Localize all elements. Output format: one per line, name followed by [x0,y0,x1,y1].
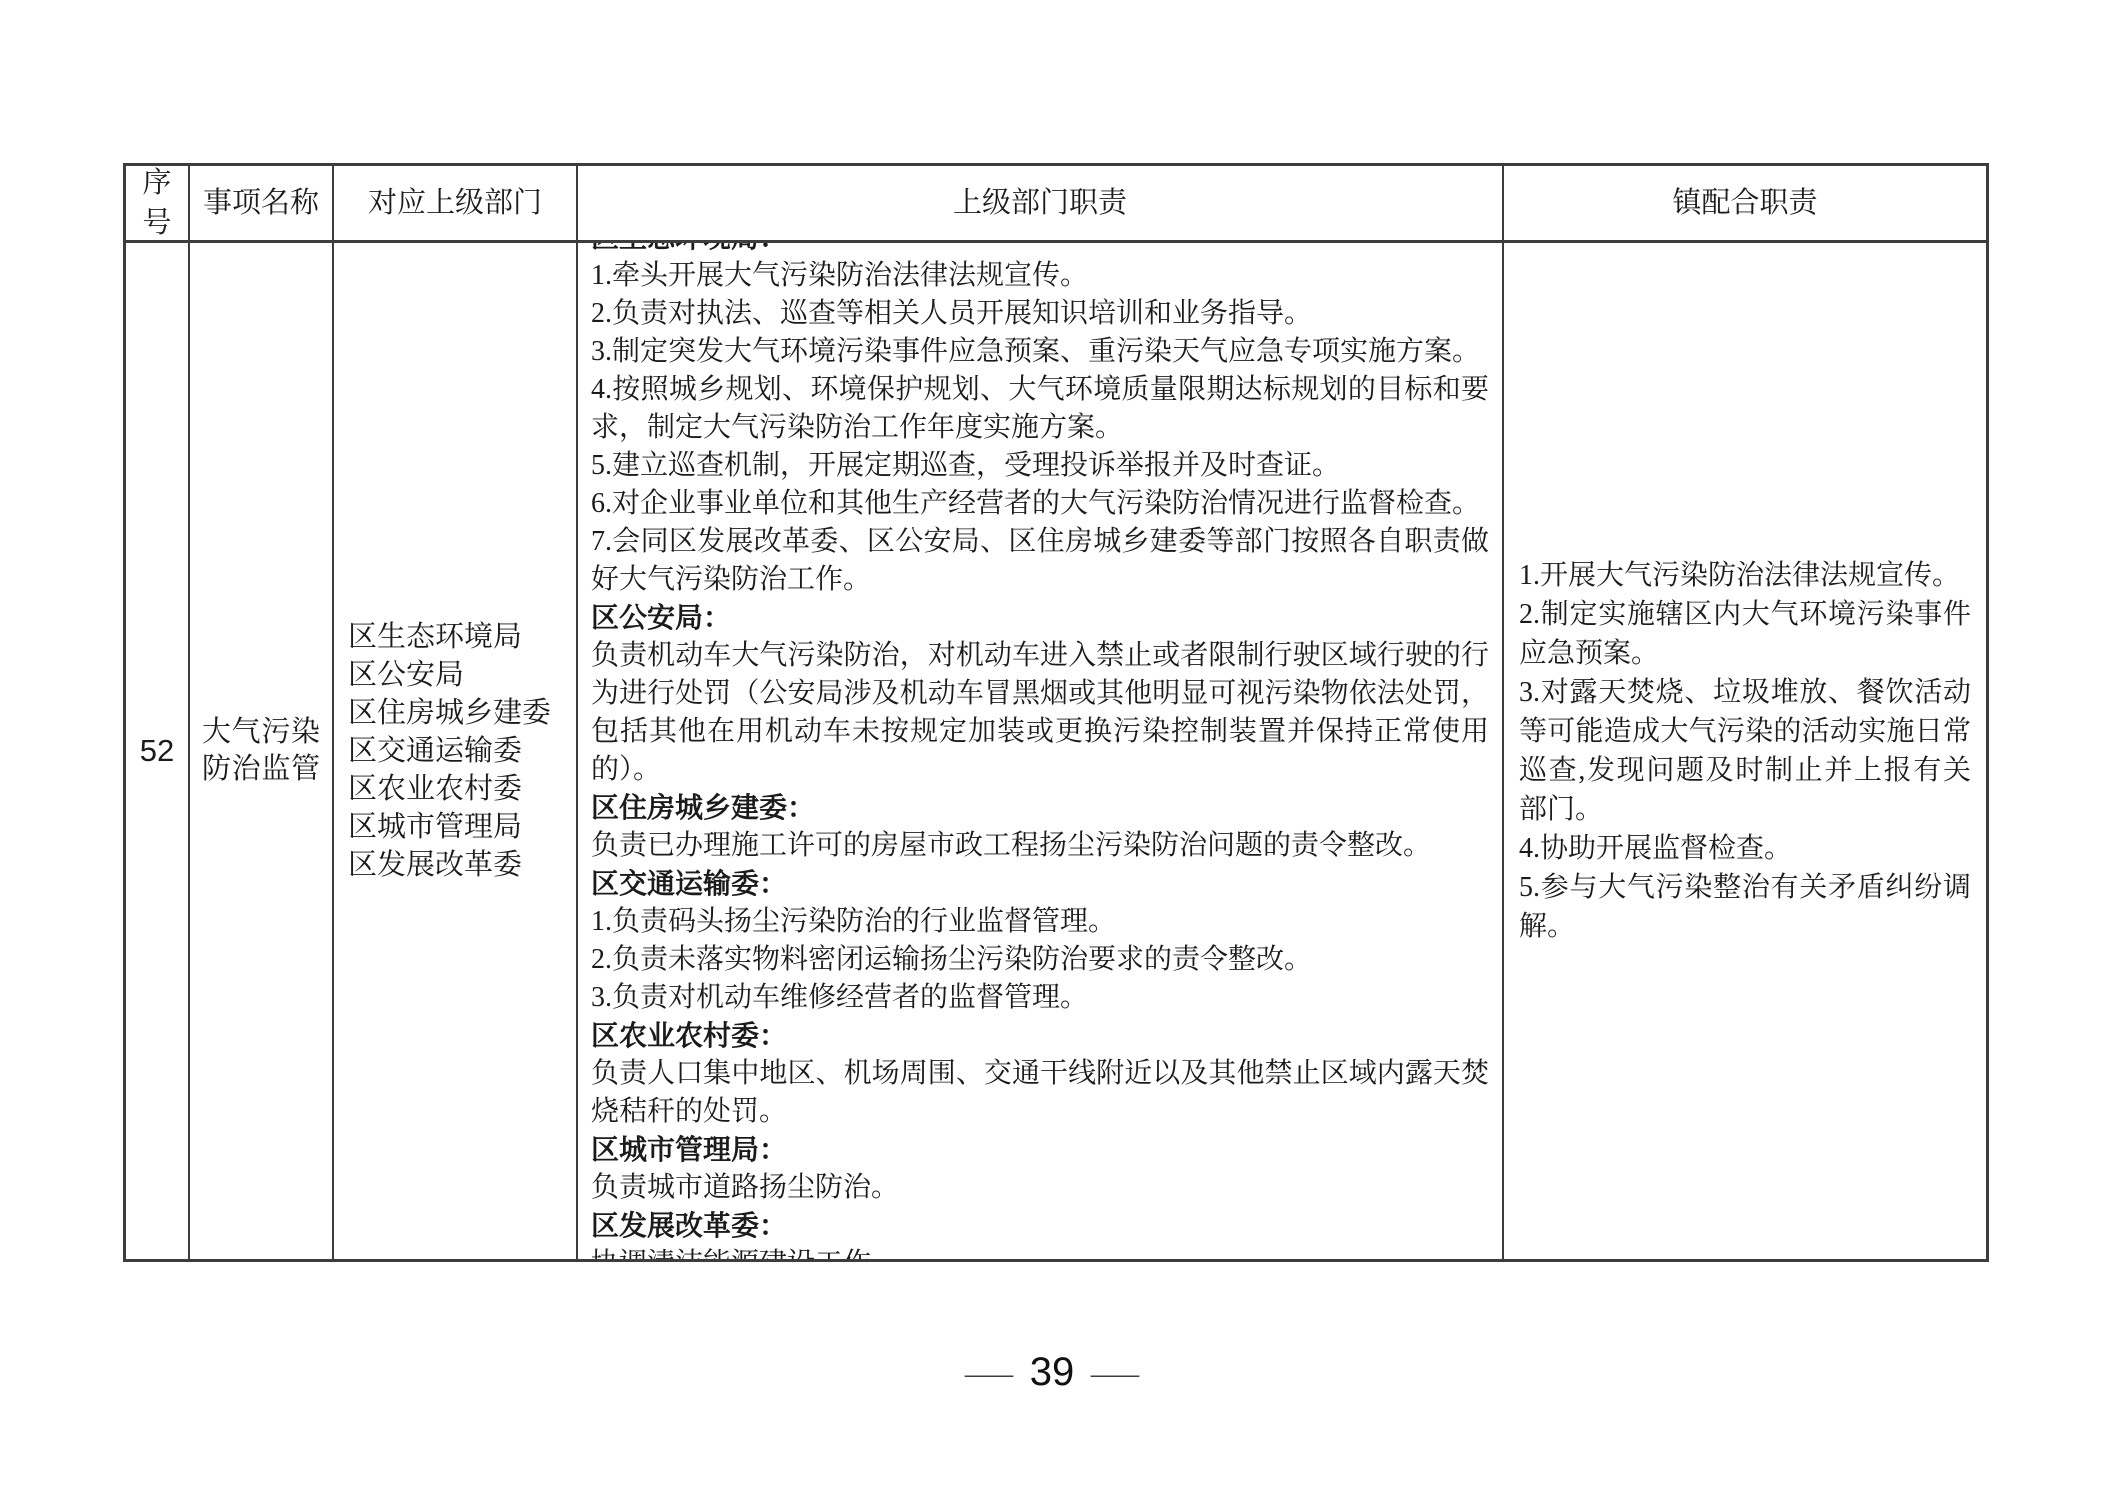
header-cell-town-duties: 镇配合职责 [1504,166,1986,240]
town-duty-item: 2.制定实施辖区内大气环境污染事件应急预案。 [1519,595,1971,673]
duty-section-heading: 区发展改革委： [591,1207,1489,1245]
duty-item: 负责已办理施工许可的房屋市政工程扬尘污染防治问题的责令整改。 [591,827,1489,865]
department: 区城市管理局 [348,808,572,846]
town-duty-item: 3.对露天焚烧、垃圾堆放、餐饮活动等可能造成大气污染的活动实施日常巡查,发现问题… [1519,673,1971,829]
duty-section-heading: 区交通运输委： [591,865,1489,903]
header-label-item-name: 事项名称 [203,183,319,223]
department: 区发展改革委 [348,846,572,884]
duty-item: 3.负责对机动车维修经营者的监督管理。 [591,979,1489,1017]
cell-superior-departments: 区生态环境局 区公安局 区住房城乡建委 区交通运输委 区农业农村委 区城市管理局… [334,243,578,1259]
item-name: 大气污染防治监管 [190,714,332,788]
header-label-superior-departments: 对应上级部门 [368,183,542,223]
duty-section-heading: 区城市管理局： [591,1131,1489,1169]
duty-item: 7.会同区发展改革委、区公安局、区住房城乡建委等部门按照各自职责做好大气污染防治… [591,523,1489,599]
table-header-row: 序号 事项名称 对应上级部门 上级部门职责 镇配合职责 [126,166,1986,243]
duty-item: 1.牵头开展大气污染防治法律法规宣传。 [591,257,1489,295]
duty-item: 6.对企业事业单位和其他生产经营者的大气污染防治情况进行监督检查。 [591,485,1489,523]
department: 区农业农村委 [348,770,572,808]
duty-item: 负责城市道路扬尘防治。 [591,1169,1489,1207]
table-row: 52 大气污染防治监管 区生态环境局 区公安局 区住房城乡建委 区交通运输委 区… [126,243,1986,1259]
department: 区住房城乡建委 [348,694,572,732]
header-cell-superior-departments: 对应上级部门 [334,166,578,240]
department: 区公安局 [348,656,572,694]
header-cell-item-name: 事项名称 [190,166,334,240]
responsibility-table: 序号 事项名称 对应上级部门 上级部门职责 镇配合职责 52 大气污染防治监管 … [123,163,1989,1262]
cell-item-name: 大气污染防治监管 [190,243,334,1259]
duty-item: 3.制定突发大气环境污染事件应急预案、重污染天气应急专项实施方案。 [591,333,1489,371]
page-number-left-dash: — [965,1346,1013,1402]
duty-item: 4.按照城乡规划、环境保护规划、大气环境质量限期达标规划的目标和要求，制定大气污… [591,371,1489,447]
department: 区交通运输委 [348,732,572,770]
header-label-superior-duties: 上级部门职责 [953,183,1127,223]
duty-item: 协调清洁能源建设工作。 [591,1245,1489,1259]
page-number-right-dash: — [1091,1346,1139,1402]
duty-item: 2.负责未落实物料密闭运输扬尘污染防治要求的责令整改。 [591,941,1489,979]
header-label-town-duties: 镇配合职责 [1672,183,1817,223]
duty-item: 负责机动车大气污染防治，对机动车进入禁止或者限制行驶区域行驶的行为进行处罚（公安… [591,637,1489,789]
duty-section-heading: 区农业农村委： [591,1017,1489,1055]
serial-number: 52 [140,733,174,769]
header-cell-superior-duties: 上级部门职责 [578,166,1504,240]
duty-section-heading: 区住房城乡建委： [591,789,1489,827]
cell-serial-number: 52 [126,243,190,1259]
department: 区生态环境局 [348,618,572,656]
cell-town-duties: 1.开展大气污染防治法律法规宣传。 2.制定实施辖区内大气环境污染事件应急预案。… [1504,243,1986,1259]
header-cell-serial: 序号 [126,166,190,240]
duty-item: 负责人口集中地区、机场周围、交通干线附近以及其他禁止区域内露天焚烧秸秆的处罚。 [591,1055,1489,1131]
duty-section-heading: 区生态环境局： [591,243,1489,257]
town-duty-item: 5.参与大气污染整治有关矛盾纠纷调解。 [1519,868,1971,946]
page-number: 39 [1030,1350,1075,1394]
page-footer: —39— [0,1344,2104,1402]
duty-item: 5.建立巡查机制，开展定期巡查，受理投诉举报并及时查证。 [591,447,1489,485]
header-label-serial: 序号 [138,166,176,240]
cell-superior-duties: 区生态环境局： 1.牵头开展大气污染防治法律法规宣传。 2.负责对执法、巡查等相… [578,243,1504,1259]
duty-item: 2.负责对执法、巡查等相关人员开展知识培训和业务指导。 [591,295,1489,333]
duty-section-heading: 区公安局： [591,599,1489,637]
town-duty-item: 1.开展大气污染防治法律法规宣传。 [1519,556,1971,595]
duty-item: 1.负责码头扬尘污染防治的行业监督管理。 [591,903,1489,941]
town-duty-item: 4.协助开展监督检查。 [1519,829,1971,868]
